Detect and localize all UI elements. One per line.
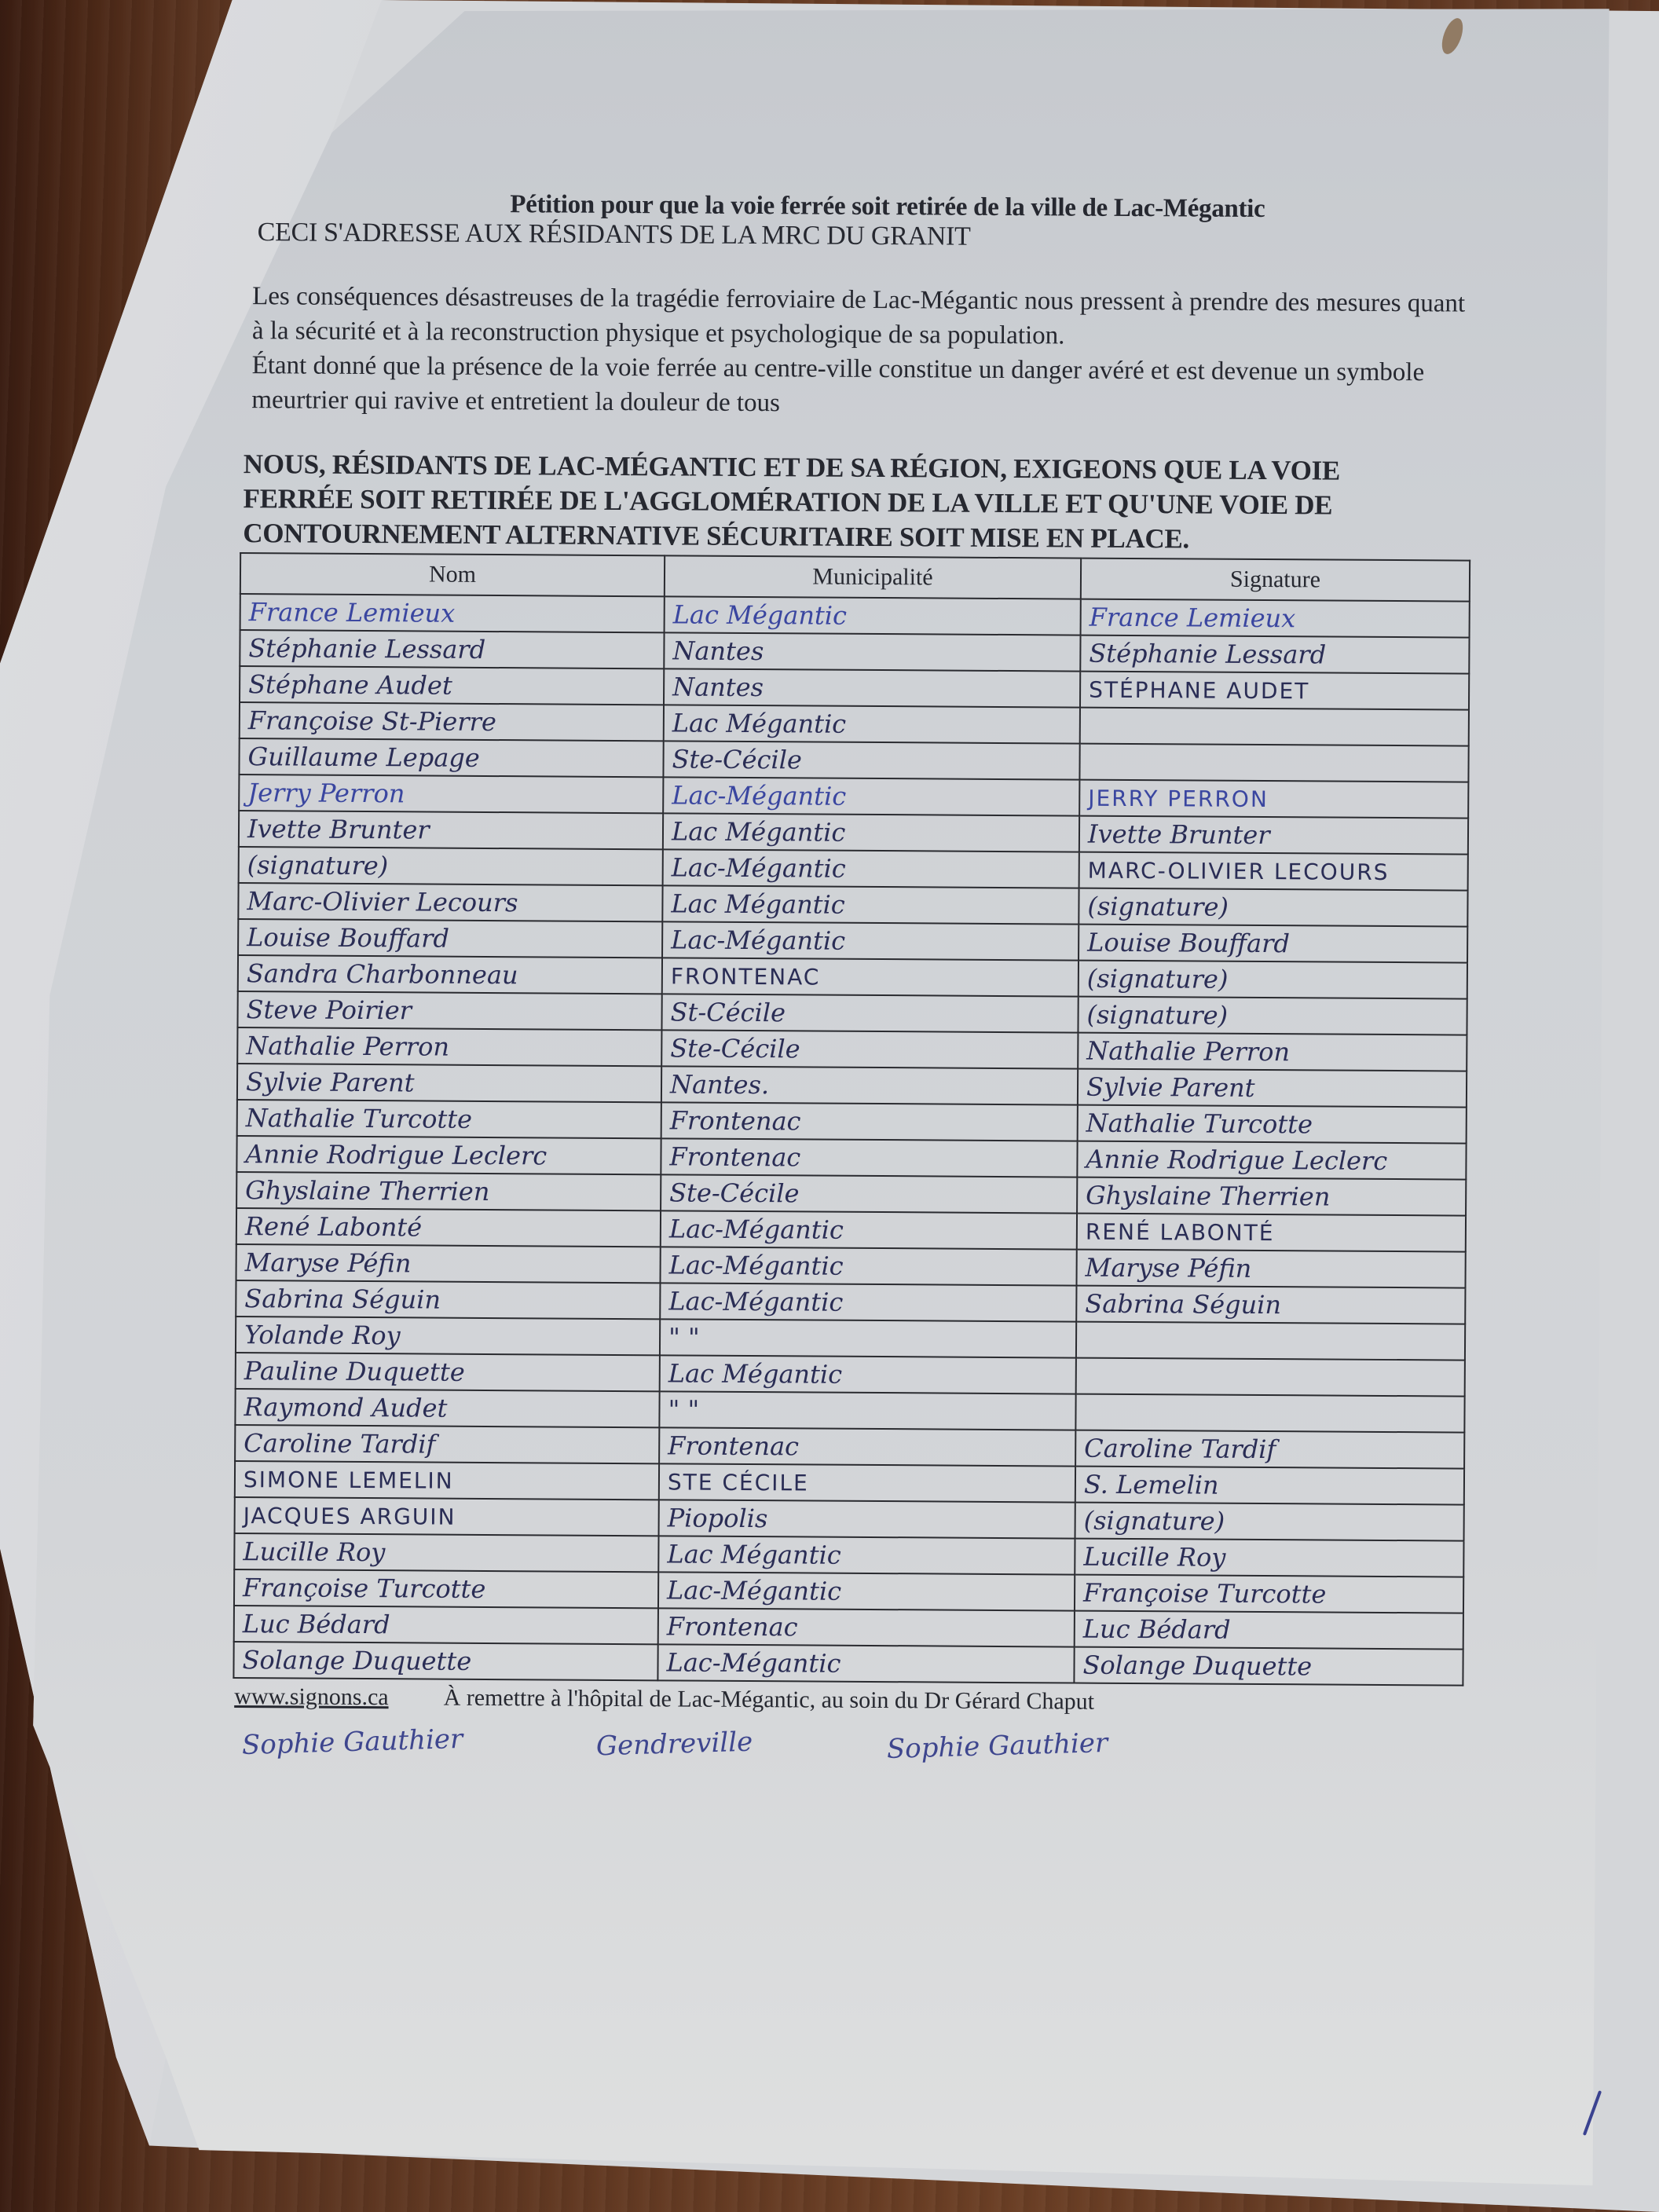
cell-signature: Maryse Péfin [1076, 1250, 1465, 1288]
cell-nom: Jerry Perron [239, 775, 663, 813]
cell-signature [1079, 744, 1468, 782]
cell-nom: Françoise St-Pierre [240, 702, 664, 741]
cell-nom: Luc Bédard [234, 1606, 658, 1644]
cell-nom: France Lemieux [240, 594, 665, 632]
cell-signature: Annie Rodrigue Leclerc [1077, 1141, 1466, 1180]
witness-signature: Gendreville [596, 1727, 753, 1763]
cell-municipalite: " " [659, 1391, 1075, 1430]
cell-municipalite: Lac-Mégantic [661, 1210, 1077, 1249]
cell-nom: Solange Duquette [233, 1642, 657, 1680]
cell-signature: Solange Duquette [1074, 1647, 1463, 1686]
cell-municipalite: Ste-Cécile [663, 741, 1079, 779]
cell-signature: Nathalie Perron [1078, 1033, 1467, 1071]
cell-nom: Ivette Brunter [239, 811, 663, 849]
cell-municipalite: Frontenac [661, 1138, 1077, 1177]
petition-demand: NOUS, RÉSIDANTS DE LAC-MÉGANTIC ET DE SA… [243, 447, 1437, 558]
cell-municipalite: Frontenac [658, 1608, 1075, 1646]
cell-municipalite: Ste-Cécile [661, 1174, 1077, 1213]
cell-municipalite: STE CÉCILE [659, 1463, 1075, 1502]
column-header-nom: Nom [240, 553, 665, 596]
intro-paragraph-2: Étant donné que la présence de la voie f… [251, 348, 1478, 425]
cell-signature: JERRY PERRON [1079, 780, 1468, 819]
website-link[interactable]: www.signons.ca [234, 1683, 389, 1711]
cell-nom: SIMONE LEMELIN [235, 1461, 659, 1500]
cell-signature: Caroline Tardif [1075, 1430, 1464, 1469]
cell-municipalite: FRONTENAC [662, 958, 1079, 996]
cell-signature: Luc Bédard [1075, 1611, 1463, 1650]
cell-signature: Ghyslaine Therrien [1077, 1177, 1466, 1216]
cell-municipalite: Ste-Cécile [661, 1030, 1078, 1068]
cell-municipalite: Lac-Mégantic [658, 1572, 1075, 1610]
cell-signature: France Lemieux [1081, 599, 1470, 638]
cell-signature [1076, 1358, 1465, 1397]
cell-nom: Yolande Roy [236, 1317, 660, 1355]
petition-document: Pétition pour que la voie ferrée soit re… [226, 189, 1508, 1765]
cell-nom: Ghyslaine Therrien [236, 1172, 661, 1210]
cell-municipalite: Nantes. [661, 1066, 1078, 1104]
cell-signature: (signature) [1075, 1503, 1464, 1541]
cell-signature: (signature) [1079, 961, 1467, 999]
cell-nom: Steve Poirier [237, 991, 661, 1030]
cell-municipalite: St-Cécile [661, 994, 1078, 1032]
delivery-instruction: À remettre à l'hôpital de Lac-Mégantic, … [444, 1685, 1095, 1716]
cell-nom: (signature) [239, 847, 663, 885]
table-row: Solange DuquetteLac-MéganticSolange Duqu… [233, 1642, 1463, 1686]
cell-nom: Sylvie Parent [237, 1064, 661, 1102]
intro-paragraph-1: Les conséquences désastreuses de la trag… [252, 279, 1478, 356]
cell-municipalite: Lac Mégantic [660, 1355, 1076, 1393]
cell-municipalite: Lac Mégantic [664, 705, 1080, 743]
signature-table: Nom Municipalité Signature France Lemieu… [233, 552, 1470, 1686]
witness-signature: Sophie Gauthier [886, 1727, 1108, 1765]
cell-municipalite: Nantes [664, 632, 1080, 671]
column-header-signature: Signature [1081, 558, 1470, 602]
cell-municipalite: Lac Mégantic [663, 813, 1079, 851]
cell-nom: Stéphanie Lessard [240, 630, 664, 668]
footer: www.signons.ca À remettre à l'hôpital de… [234, 1683, 1499, 1718]
cell-nom: Annie Rodrigue Leclerc [236, 1136, 661, 1174]
cell-signature: STÉPHANE AUDET [1080, 672, 1469, 710]
cell-nom: Stéphane Audet [240, 666, 664, 705]
cell-nom: Caroline Tardif [235, 1425, 659, 1463]
cell-nom: JACQUES ARGUIN [235, 1497, 659, 1536]
table-header-row: Nom Municipalité Signature [240, 553, 1470, 602]
cell-municipalite: Lac-Mégantic [663, 849, 1079, 888]
cell-signature: Sabrina Séguin [1076, 1286, 1465, 1324]
cell-nom: Nathalie Perron [237, 1027, 661, 1066]
cell-municipalite: Frontenac [659, 1427, 1075, 1466]
cell-nom: Françoise Turcotte [234, 1569, 658, 1608]
cell-municipalite: Piopolis [659, 1500, 1075, 1538]
cell-municipalite: Lac-Mégantic [660, 1247, 1076, 1285]
cell-nom: Pauline Duquette [236, 1353, 660, 1391]
cell-signature: RENÉ LABONTÉ [1077, 1214, 1466, 1252]
cell-nom: Nathalie Turcotte [237, 1100, 661, 1138]
cell-nom: Maryse Péfin [236, 1244, 661, 1283]
cell-nom: Marc-Olivier Lecours [238, 883, 662, 921]
cell-municipalite: Lac-Mégantic [657, 1644, 1074, 1683]
cell-nom: Louise Bouffard [238, 919, 662, 958]
cell-signature: (signature) [1078, 997, 1467, 1035]
cell-municipalite: Frontenac [661, 1102, 1078, 1141]
cell-municipalite: Lac-Mégantic [660, 1283, 1076, 1321]
cell-signature [1080, 708, 1469, 746]
cell-signature: Stéphanie Lessard [1080, 635, 1469, 674]
cell-municipalite: Lac Mégantic [658, 1536, 1075, 1574]
cell-signature [1075, 1394, 1464, 1433]
cell-nom: Sandra Charbonneau [238, 955, 662, 994]
cell-signature: Louise Bouffard [1079, 925, 1467, 963]
cell-signature: Sylvie Parent [1078, 1069, 1467, 1108]
cell-signature [1076, 1322, 1465, 1361]
cell-signature: MARC-OLIVIER LECOURS [1079, 852, 1468, 891]
cell-nom: Lucille Roy [234, 1533, 658, 1572]
cell-nom: René Labonté [236, 1208, 661, 1247]
cell-nom: Guillaume Lepage [239, 738, 663, 777]
cell-municipalite: Lac Mégantic [665, 596, 1081, 635]
column-header-municipalite: Municipalité [665, 555, 1081, 599]
cell-signature: Nathalie Turcotte [1078, 1105, 1467, 1144]
cell-signature: Lucille Roy [1075, 1539, 1463, 1577]
cell-municipalite: Lac Mégantic [662, 885, 1079, 924]
cell-signature: Françoise Turcotte [1075, 1575, 1463, 1613]
cell-municipalite: " " [660, 1319, 1076, 1357]
cell-signature: S. Lemelin [1075, 1467, 1464, 1505]
cell-municipalite: Lac-Mégantic [662, 921, 1079, 960]
signature-rows: France LemieuxLac MéganticFrance Lemieux… [233, 594, 1469, 1686]
cell-municipalite: Nantes [664, 668, 1080, 707]
cell-nom: Raymond Audet [235, 1389, 659, 1427]
cell-nom: Sabrina Séguin [236, 1280, 660, 1319]
cell-signature: (signature) [1079, 888, 1467, 927]
cell-signature: Ivette Brunter [1079, 816, 1468, 855]
cell-municipalite: Lac-Mégantic [663, 777, 1079, 815]
witness-signature: Sophie Gauthier [241, 1723, 463, 1761]
